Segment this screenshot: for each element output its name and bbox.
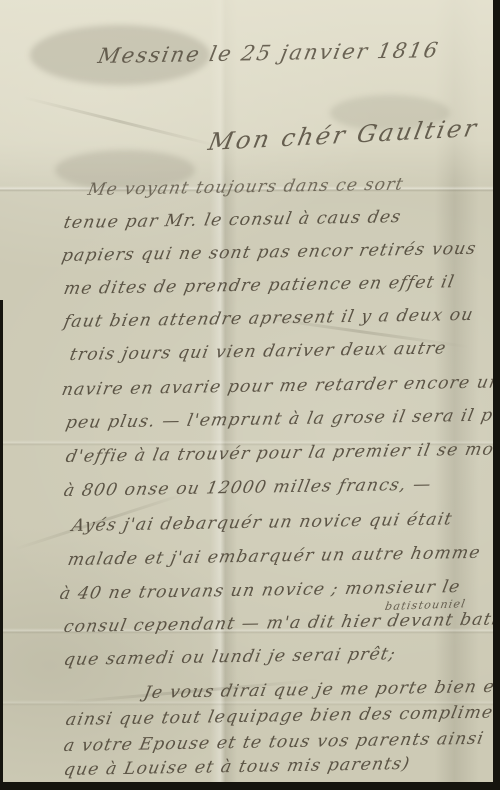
letter-scan: Messine le 25 janvier 1816 Mon chér Gaul…: [0, 0, 500, 790]
scan-edge-bottom: [0, 782, 500, 790]
scan-edge-left: [0, 300, 3, 790]
scan-edge-right: [493, 0, 500, 790]
wrinkle-line: [23, 96, 218, 147]
